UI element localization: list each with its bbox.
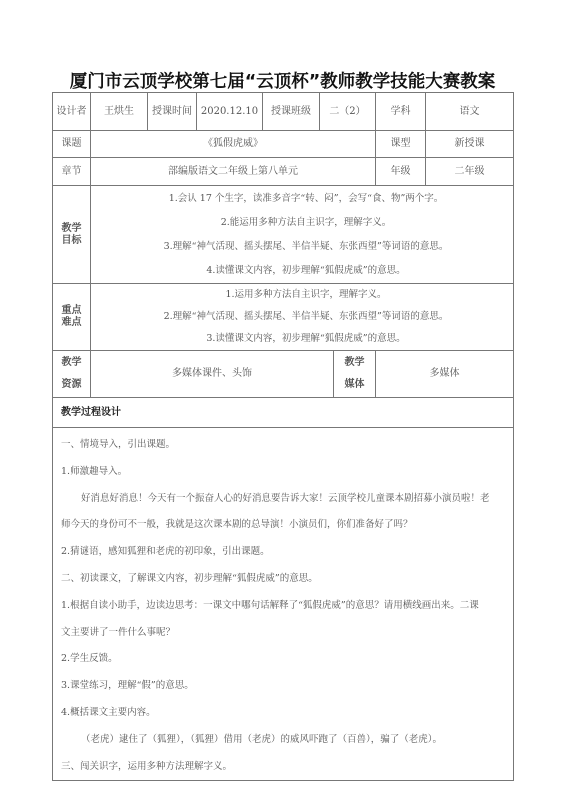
media-label-line1: 教学 xyxy=(334,352,375,374)
process-line: 4.概括课文主要内容。 xyxy=(61,700,505,727)
objective-item: 3.理解“神气活现、摇头摆尾、半信半疑、东张西望”等词语的意思。 xyxy=(99,235,513,259)
topic-row: 课题 《狐假虎威》 课型 新授课 xyxy=(53,131,514,158)
class-label: 授课班级 xyxy=(263,93,320,131)
resources-label-line1: 教学 xyxy=(53,352,90,374)
objectives-label: 教学 目标 xyxy=(53,186,91,284)
process-line: 文主要讲了一件什么事呢？ xyxy=(61,620,505,647)
process-line: （老虎）逮住了（狐狸），（狐狸）借用（老虎）的威风吓跑了（百兽），骗了（老虎）。 xyxy=(61,727,505,754)
process-line: 1.师激趣导入。 xyxy=(61,459,505,486)
resources-row: 教学 资源 多媒体课件、头饰 教学 媒体 多媒体 xyxy=(53,351,514,398)
type-label: 课型 xyxy=(376,131,426,158)
process-line: 1.根据自读小助手，边读边思考：一课文中哪句话解释了“狐假虎威”的意思？请用横线… xyxy=(61,593,505,620)
key-point-item: 1.运用多种方法自主识字，理解字义。 xyxy=(99,284,513,306)
media-label: 教学 媒体 xyxy=(334,351,376,398)
objective-item: 2.能运用多种方法自主识字，理解字义。 xyxy=(99,211,513,235)
chapter-label: 章节 xyxy=(53,158,91,186)
objectives-label-line1: 教学 xyxy=(53,223,90,235)
process-line: 好消息好消息！今天有一个振奋人心的好消息要告诉大家！云顶学校儿童课本剧招募小演员… xyxy=(61,486,505,513)
time-value: 2020.12.10 xyxy=(197,93,263,131)
media-label-line2: 媒体 xyxy=(334,374,375,396)
process-heading: 教学过程设计 xyxy=(53,398,514,428)
key-points-label-line2: 难点 xyxy=(53,317,90,329)
subject-label: 学科 xyxy=(376,93,426,131)
key-point-item: 3.读懂课文内容，初步理解“狐假虎威”的意思。 xyxy=(99,328,513,350)
process-line: 二、初读课文，了解课文内容，初步理解“狐假虎威”的意思。 xyxy=(61,566,505,593)
objective-item: 4.读懂课文内容，初步理解“狐假虎威”的意思。 xyxy=(99,259,513,283)
grade-value: 二年级 xyxy=(426,158,514,186)
class-value: 二（2） xyxy=(320,93,376,131)
process-line: 三、闯关识字，运用多种方法理解字义。 xyxy=(61,754,505,781)
chapter-row: 章节 部编版语文二年级上第八单元 年级 二年级 xyxy=(53,158,514,186)
objectives-label-line2: 目标 xyxy=(53,235,90,247)
subject-value: 语文 xyxy=(426,93,514,131)
media-value: 多媒体 xyxy=(376,351,514,398)
process-line: 2.猜谜语，感知狐狸和老虎的初印象，引出课题。 xyxy=(61,539,505,566)
process-line: 2.学生反馈。 xyxy=(61,646,505,673)
objectives-row: 教学 目标 1.会认 17 个生字，读准多音字“转、闷”，会写“食、物”两个字。… xyxy=(53,186,514,284)
process-content: 一、情境导入，引出课题。 1.师激趣导入。 好消息好消息！今天有一个振奋人心的好… xyxy=(53,428,514,781)
header-row: 设计者 王烘生 授课时间 2020.12.10 授课班级 二（2） 学科 语文 xyxy=(53,93,514,131)
time-label: 授课时间 xyxy=(148,93,197,131)
process-line: 3.课堂练习，理解“假”的意思。 xyxy=(61,673,505,700)
process-heading-row: 教学过程设计 xyxy=(53,398,514,428)
type-value: 新授课 xyxy=(426,131,514,158)
process-line: 师今天的身份可不一般，我就是这次课本剧的总导演！小演员们，你们准备好了吗？ xyxy=(61,512,505,539)
key-points-row: 重点 难点 1.运用多种方法自主识字，理解字义。 2.理解“神气活现、摇头摆尾、… xyxy=(53,284,514,351)
key-point-item: 2.理解“神气活现、摇头摆尾、半信半疑、东张西望”等词语的意思。 xyxy=(99,306,513,328)
designer-value: 王烘生 xyxy=(91,93,148,131)
resources-value: 多媒体课件、头饰 xyxy=(91,351,334,398)
topic-value: 《狐假虎威》 xyxy=(91,131,376,158)
key-points-label-line1: 重点 xyxy=(53,305,90,317)
lesson-plan-table: 设计者 王烘生 授课时间 2020.12.10 授课班级 二（2） 学科 语文 … xyxy=(52,92,514,781)
resources-label-line2: 资源 xyxy=(53,374,90,396)
process-line: 一、情境导入，引出课题。 xyxy=(61,432,505,459)
designer-label: 设计者 xyxy=(53,93,91,131)
objectives-list: 1.会认 17 个生字，读准多音字“转、闷”，会写“食、物”两个字。 2.能运用… xyxy=(91,186,514,284)
process-content-row: 一、情境导入，引出课题。 1.师激趣导入。 好消息好消息！今天有一个振奋人心的好… xyxy=(53,428,514,781)
chapter-value: 部编版语文二年级上第八单元 xyxy=(91,158,376,186)
key-points-label: 重点 难点 xyxy=(53,284,91,351)
key-points-list: 1.运用多种方法自主识字，理解字义。 2.理解“神气活现、摇头摆尾、半信半疑、东… xyxy=(91,284,514,351)
resources-label: 教学 资源 xyxy=(53,351,91,398)
document-title: 厦门市云顶学校第七届“云顶杯”教师教学技能大赛教案 xyxy=(0,68,565,93)
grade-label: 年级 xyxy=(376,158,426,186)
objective-item: 1.会认 17 个生字，读准多音字“转、闷”，会写“食、物”两个字。 xyxy=(99,187,513,211)
topic-label: 课题 xyxy=(53,131,91,158)
